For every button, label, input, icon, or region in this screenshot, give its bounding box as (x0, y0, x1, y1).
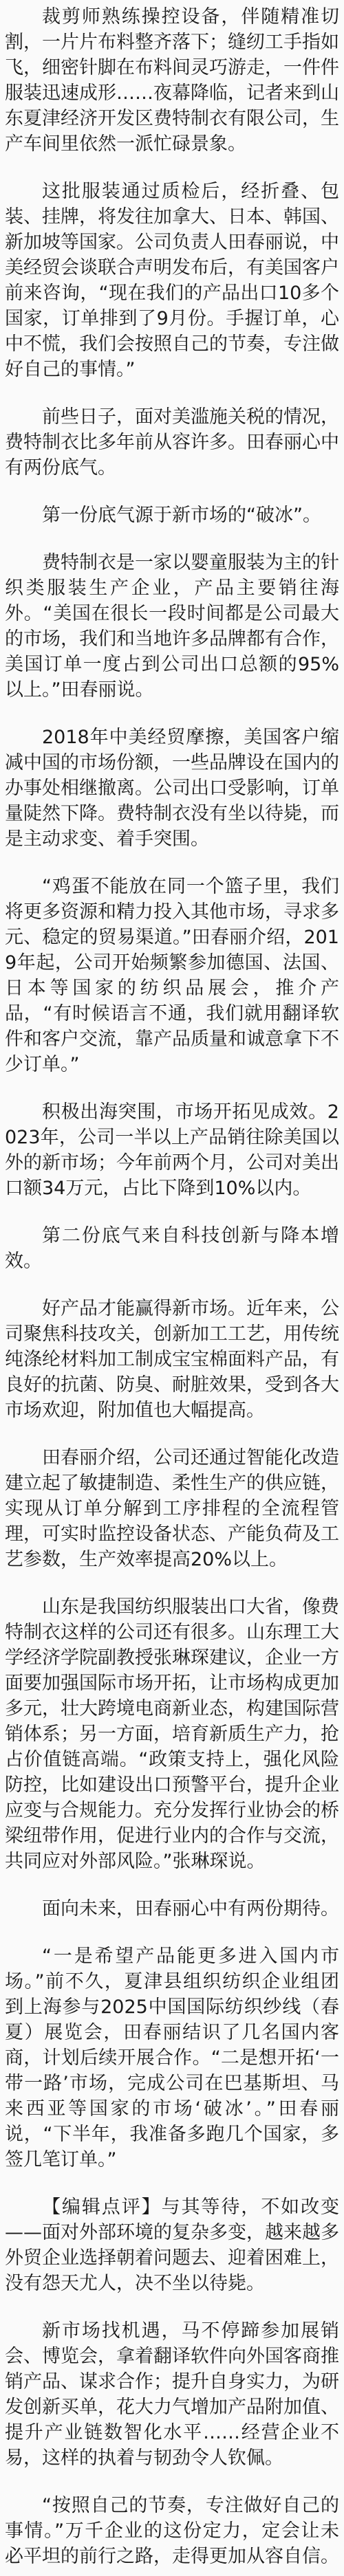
article-paragraph: 田春丽介绍，公司还通过智能化改造建立起了敏捷制造、柔性生产的供应链，实现从订单分… (5, 1445, 339, 1572)
article-paragraph: “一是希望产品能更多进入国内市场。”前不久，夏津县组织纺织企业组团到上海参与20… (5, 1944, 339, 2172)
article-paragraph: 积极出海突围，市场开拓见成效。2023年，公司一半以上产品销往除美国以外的新市场… (5, 1099, 339, 1201)
editor-note-paragraph: 【编辑点评】与其等待，不如改变——面对外部环境的复杂多变，越来越多外贸企业选择朝… (5, 2194, 339, 2296)
editor-note-paragraph: 新市场找机遇，马不停蹄参加展销会、博览会，拿着翻译软件向外国客商推销产品、谋求合… (5, 2318, 339, 2471)
article-paragraph: 费特制衣是一家以婴童服装为主的针织类服装生产企业，产品主要销往海外。“美国在很长… (5, 550, 339, 703)
article-body: 裁剪师熟练操控设备，伴随精准切割，一片片布料整齐落下；缝纫工手指如飞，细密针脚在… (0, 0, 344, 2576)
article-paragraph: 好产品才能赢得新市场。近年来，公司聚焦科技攻关，创新加工工艺，用传统纯涤纶材料加… (5, 1296, 339, 1423)
article-paragraph: 前些日子，面对美滥施关税的情况，费特制衣比多年前从容许多。田春丽心中有两份底气。 (5, 404, 339, 481)
article-paragraph: 第一份底气源于新市场的“破冰”。 (5, 503, 339, 528)
article-paragraph: 山东是我国纺织服装出口大省，像费特制衣这样的公司还有很多。山东理工大学经济学院副… (5, 1594, 339, 1874)
article-paragraph: 这批服装通过质检后，经折叠、包装、挂牌，将发往加拿大、日本、韩国、新加坡等国家。… (5, 179, 339, 382)
editor-note-paragraph: “按照自己的节奏，专注做好自己的事情。”万千企业的这份定力，定会让未必平坦的前行… (5, 2493, 339, 2569)
article-paragraph: 2018年中美经贸摩擦，美国客户缩减中国的市场份额，一些品牌设在国内的办事处相继… (5, 725, 339, 852)
article-paragraph: 裁剪师熟练操控设备，伴随精准切割，一片片布料整齐落下；缝纫工手指如飞，细密针脚在… (5, 4, 339, 157)
article-paragraph: 第二份底气来自科技创新与降本增效。 (5, 1223, 339, 1274)
article-paragraph: “鸡蛋不能放在同一个篮子里，我们将更多资源和精力投入其他市场，寻求多元、稳定的贸… (5, 874, 339, 1077)
article-paragraph: 面向未来，田春丽心中有两份期待。 (5, 1896, 339, 1922)
